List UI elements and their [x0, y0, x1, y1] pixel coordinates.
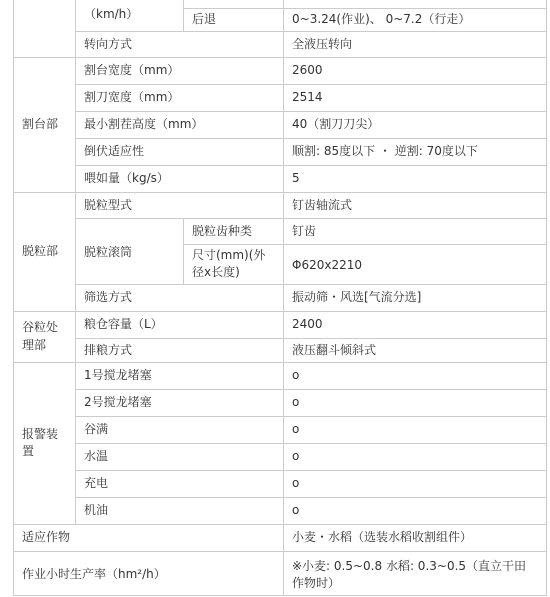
blade-width-label-cell: 割刀宽度（mm）	[76, 85, 284, 112]
auger1-label-cell: 1号搅龙堵塞	[76, 362, 284, 389]
steering-label-cell: 转向方式	[76, 32, 284, 58]
speed-unit-label-cell: （km/h）	[76, 0, 184, 32]
table-row: 脱粒部 脱粒型式 钉齿轴流式	[14, 193, 547, 219]
screening-label-cell: 筛选方式	[76, 284, 284, 311]
spec-category-cell-threshing: 脱粒部	[14, 193, 76, 312]
auger2-value-cell: o	[284, 389, 547, 416]
spec-category-cell-grain: 谷粒处理部	[14, 311, 76, 362]
water-temp-value-cell: o	[284, 443, 547, 470]
table-row: 作业小时生产率（hm²/h） ※小麦: 0.5~0.8 水稻: 0.3~0.5（…	[14, 551, 547, 595]
productivity-label-cell: 作业小时生产率（hm²/h）	[14, 551, 284, 595]
steering-value-cell: 全液压转向	[284, 32, 547, 58]
spec-table-container: （km/h） 后退 0~3.24(作业)、 0~7.2（行走） 转向方式 全液压…	[13, 0, 547, 596]
table-row: 转向方式 全液压转向	[14, 32, 547, 58]
unload-method-value-cell: 液压翻斗倾斜式	[284, 338, 547, 362]
table-row: 割刀宽度（mm） 2514	[14, 85, 547, 112]
table-row: 报警装置 1号搅龙堵塞 o	[14, 362, 547, 389]
lodging-value-cell: 顺割: 85度以下 ・ 逆割: 70度以下	[284, 139, 547, 166]
lodging-label-cell: 倒伏适应性	[76, 139, 284, 166]
crops-value-cell: 小麦・水稻（选装水稻收割组件）	[284, 524, 547, 551]
table-row: 机油 o	[14, 497, 547, 524]
drum-size-label-cell: 尺寸(mm)(外径x长度)	[184, 245, 284, 285]
header-width-label-cell: 割台宽度（mm）	[76, 58, 284, 85]
grain-full-label-cell: 谷满	[76, 416, 284, 443]
table-row: 最小割茬高度（mm） 40（割刀刀尖）	[14, 112, 547, 139]
tooth-type-label-cell: 脱粒齿种类	[184, 219, 284, 245]
table-row: 脱粒滚筒 脱粒齿种类 钉齿	[14, 219, 547, 245]
tank-capacity-value-cell: 2400	[284, 311, 547, 338]
grain-full-value-cell: o	[284, 416, 547, 443]
table-row: 倒伏适应性 顺割: 85度以下 ・ 逆割: 70度以下	[14, 139, 547, 166]
engine-oil-label-cell: 机油	[76, 497, 284, 524]
speed-reverse-value-cell: 0~3.24(作业)、 0~7.2（行走）	[284, 9, 547, 32]
productivity-value-cell: ※小麦: 0.5~0.8 水稻: 0.3~0.5（直立干田作物时）	[284, 551, 547, 595]
table-row: 适应作物 小麦・水稻（选装水稻收割组件）	[14, 524, 547, 551]
charging-label-cell: 充电	[76, 470, 284, 497]
tank-capacity-label-cell: 粮仓容量（L）	[76, 311, 284, 338]
drum-label-cell: 脱粒滚筒	[76, 219, 184, 285]
crops-label-cell: 适应作物	[14, 524, 284, 551]
speed-reverse-label-cell: 后退	[184, 9, 284, 32]
blade-width-value-cell: 2514	[284, 85, 547, 112]
table-row: 筛选方式 振动筛・风选[气流分选]	[14, 284, 547, 311]
spec-category-cell-header: 割台部	[14, 58, 76, 193]
engine-oil-value-cell: o	[284, 497, 547, 524]
spec-page: （km/h） 后退 0~3.24(作业)、 0~7.2（行走） 转向方式 全液压…	[0, 0, 550, 597]
auger1-value-cell: o	[284, 362, 547, 389]
spec-table: （km/h） 后退 0~3.24(作业)、 0~7.2（行走） 转向方式 全液压…	[13, 0, 547, 596]
auger2-label-cell: 2号搅龙堵塞	[76, 389, 284, 416]
tooth-type-value-cell: 钉齿	[284, 219, 547, 245]
feed-rate-value-cell: 5	[284, 166, 547, 193]
charging-value-cell: o	[284, 470, 547, 497]
speed-forward-label-cell	[184, 0, 284, 9]
unload-method-label-cell: 排粮方式	[76, 338, 284, 362]
table-row: 排粮方式 液压翻斗倾斜式	[14, 338, 547, 362]
table-row: 充电 o	[14, 470, 547, 497]
table-row: 谷满 o	[14, 416, 547, 443]
speed-forward-value-cell	[284, 0, 547, 9]
threshing-type-label-cell: 脱粒型式	[76, 193, 284, 219]
drum-size-value-cell: Φ620x2210	[284, 245, 547, 285]
min-stubble-value-cell: 40（割刀刀尖）	[284, 112, 547, 139]
table-row: 2号搅龙堵塞 o	[14, 389, 547, 416]
table-row: 谷粒处理部 粮仓容量（L） 2400	[14, 311, 547, 338]
threshing-type-value-cell: 钉齿轴流式	[284, 193, 547, 219]
spec-category-cell-alarm: 报警装置	[14, 362, 76, 524]
feed-rate-label-cell: 喂如量（kg/s）	[76, 166, 284, 193]
spec-category-cell-empty	[14, 0, 76, 58]
screening-value-cell: 振动筛・风选[气流分选]	[284, 284, 547, 311]
header-width-value-cell: 2600	[284, 58, 547, 85]
table-row: 喂如量（kg/s） 5	[14, 166, 547, 193]
table-row: 水温 o	[14, 443, 547, 470]
min-stubble-label-cell: 最小割茬高度（mm）	[76, 112, 284, 139]
table-row: 割台部 割台宽度（mm） 2600	[14, 58, 547, 85]
table-row: （km/h）	[14, 0, 547, 9]
water-temp-label-cell: 水温	[76, 443, 284, 470]
